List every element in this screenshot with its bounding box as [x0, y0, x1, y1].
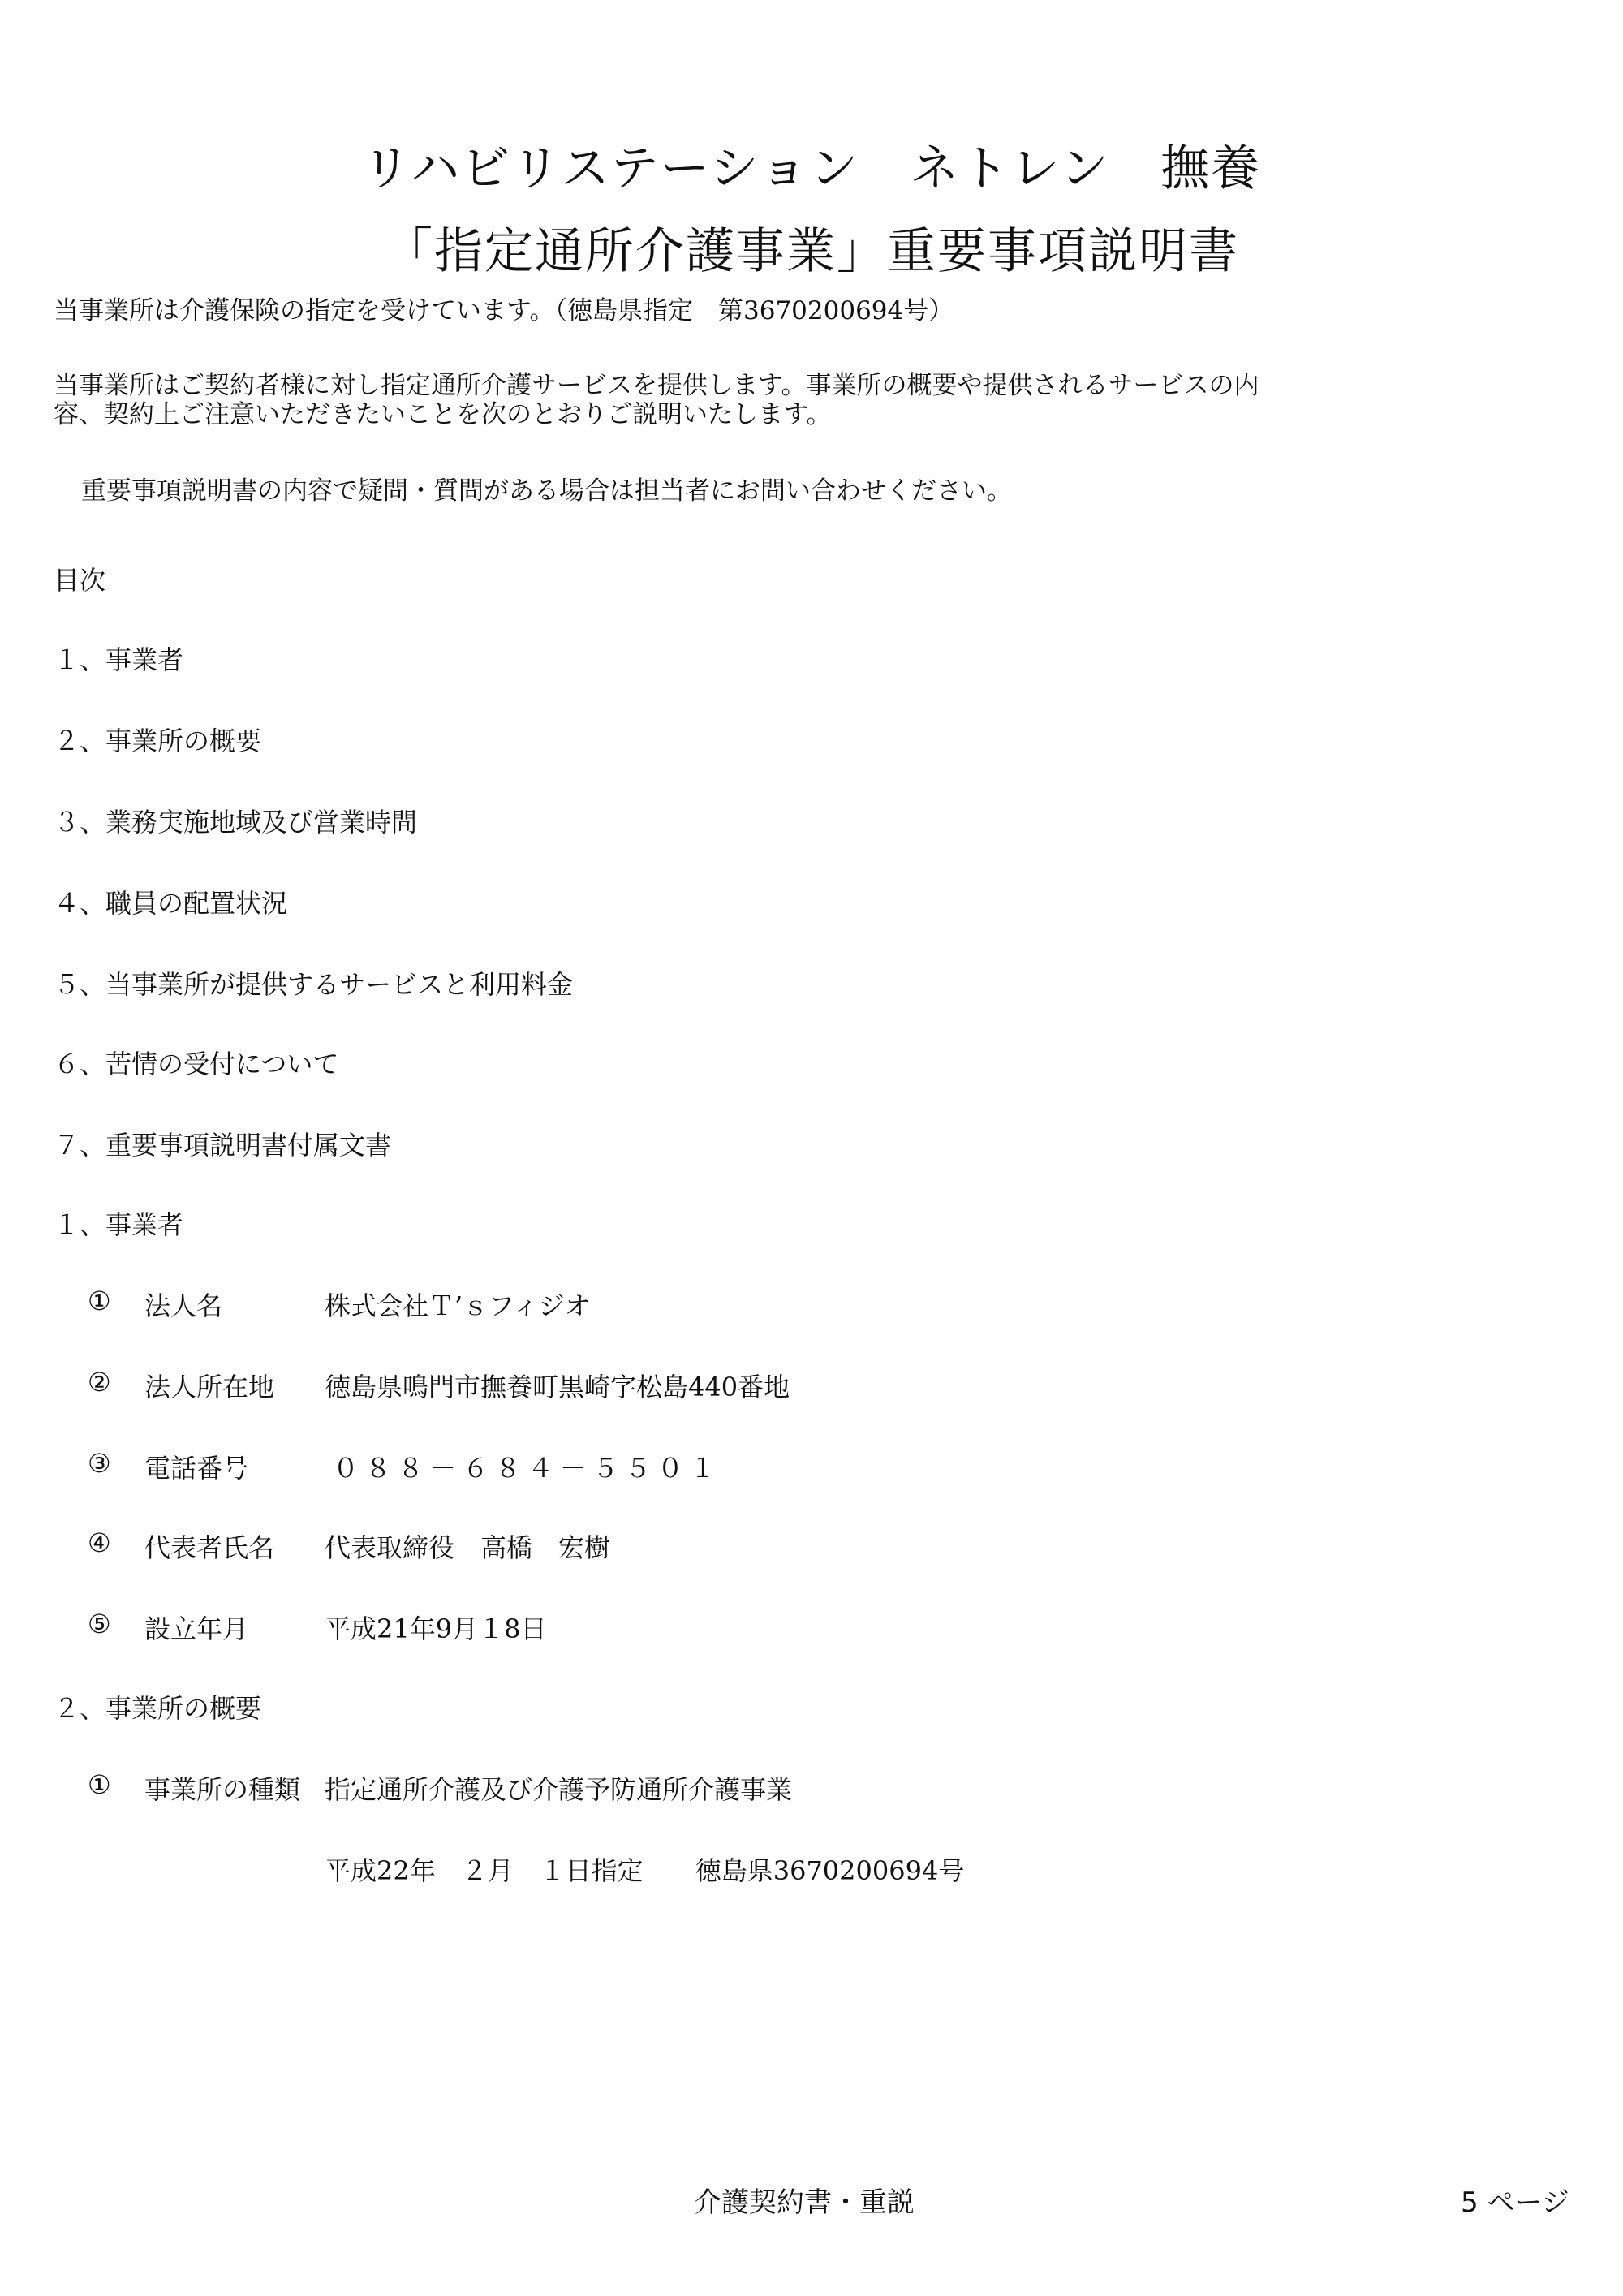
toc-item: ５、当事業所が提供するサービスと利用料金: [54, 964, 573, 1002]
field-value: 平成21年9月１8日: [325, 1609, 546, 1646]
field-value: 代表取締役 高橋 宏樹: [325, 1527, 610, 1565]
item-number: ③: [88, 1448, 111, 1479]
designation-date: 平成22年 ２月 １日指定 徳島県3670200694号: [325, 1850, 964, 1888]
document-title: 「指定通所介護事業」重要事項説明書: [0, 213, 1623, 282]
phone-number: ０８８－６８４－５５０１: [333, 1448, 722, 1485]
toc-item: ３、業務実施地域及び営業時間: [54, 802, 417, 839]
toc-item: １、事業者: [54, 640, 183, 677]
document-title-facility: リハビリステーション ネトレン 撫養: [0, 130, 1623, 200]
section-heading: １、事業者: [54, 1204, 183, 1242]
intro-paragraph-line1: 当事業所はご契約者様に対し指定通所介護サービスを提供します。事業所の概要や提供さ…: [54, 372, 1259, 399]
field-label: 法人所在地: [144, 1367, 274, 1404]
toc-item: ４、職員の配置状況: [54, 883, 287, 920]
section-heading: ２、事業所の概要: [54, 1688, 261, 1725]
toc-item: ７、重要事項説明書付属文書: [54, 1125, 391, 1162]
field-value: 株式会社Ｔ’ｓフィジオ: [325, 1286, 591, 1323]
field-label: 代表者氏名: [144, 1527, 274, 1565]
item-number: ①: [88, 1286, 111, 1316]
page-number: 5 ページ: [1461, 2180, 1569, 2220]
field-value: 指定通所介護及び介護予防通所介護事業: [325, 1769, 792, 1807]
intro-paragraph-line2: 容、契約上ご注意いただきたいことを次のとおりご説明いたします。: [54, 401, 832, 429]
toc-item: ６、苦情の受付について: [54, 1044, 338, 1081]
field-label: 事業所の種類: [144, 1769, 300, 1807]
designation-statement: 当事業所は介護保険の指定を受けています。（徳島県指定 第3670200694号）: [54, 297, 954, 325]
inquiry-note: 重要事項説明書の内容で疑問・質問がある場合は担当者にお問い合わせください。: [81, 477, 1012, 505]
toc-item: ２、事業所の概要: [54, 721, 261, 758]
field-label: 電話番号: [144, 1448, 248, 1485]
field-label: 設立年月: [144, 1609, 248, 1646]
toc-heading: 目次: [54, 560, 105, 597]
footer-document-name: 介護契約書・重説: [694, 2180, 915, 2220]
field-label: 法人名: [144, 1286, 222, 1323]
item-number: ②: [88, 1367, 111, 1398]
item-number: ④: [88, 1527, 111, 1558]
field-value: 徳島県鳴門市撫養町黒崎字松島440番地: [325, 1367, 790, 1404]
item-number: ①: [88, 1769, 111, 1800]
item-number: ⑤: [88, 1609, 111, 1639]
